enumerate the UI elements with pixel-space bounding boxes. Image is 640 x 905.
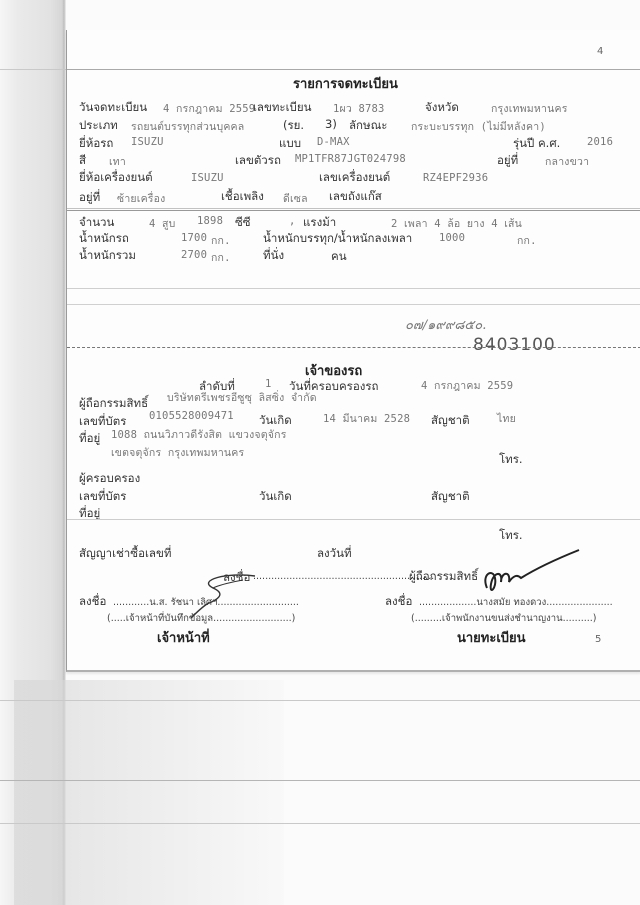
reg-date: 4 กรกฎาคม 2559 [163,100,255,117]
fuel-label: เชื้อเพลิง [221,188,264,206]
hp-separator: , [289,215,296,227]
gross-unit: กก. [211,249,231,266]
section-title-registration: รายการจดทะเบียน [293,73,398,94]
color: เทา [109,153,126,170]
owner-id: 0105528009471 [149,410,234,422]
seats-unit: คน [331,248,347,266]
page-number-bottom: 5 [595,634,601,645]
type-label: ประเภท [79,117,118,135]
handwritten-note: ๐๗/๑๙๙๘๕๐. [405,314,486,335]
registrar-position: (.........เจ้าพนักงานขนส่งชำนาญงาน......… [411,611,597,626]
scan-line [0,823,640,824]
divider [67,304,640,305]
possessor-nationality-label: สัญชาติ [431,488,470,506]
vin-location: กลางขวา [545,153,589,170]
plate-label: เลขทะเบียน [253,99,311,117]
type-code-open: (รย. [283,117,304,135]
vin-location-label: อยู่ที่ [497,152,518,170]
page-number-top: 4 [597,46,603,57]
load-weight: 1000 [439,232,465,244]
divider [67,208,640,209]
vehicle-type: รถยนต์บรรทุกส่วนบุคคล [131,118,244,135]
officer-signature [177,570,267,620]
scan-shadow [14,680,284,905]
engine-number: RZ4EPF2936 [423,172,488,184]
color-label: สี [79,152,86,170]
nationality-label: สัญชาติ [431,412,470,430]
contract-label: สัญญาเช่าซื้อเลขที่ [79,545,171,563]
holder-label: ผู้ถือกรรมสิทธิ์ [79,395,148,413]
load-label: น้ำหนักบรรทุก/น้ำหนักลงเพลา [263,230,412,248]
vehicle-weight: 1700 [181,232,207,244]
possessor-title: ผู้ครอบครอง [79,470,140,488]
style-label: ลักษณะ [349,117,387,135]
load-unit: กก. [517,232,537,249]
engine-location-label: อยู่ที่ [79,189,100,207]
engine-cc: 1898 [197,215,223,227]
weight-unit: กก. [211,232,231,249]
weight-label: น้ำหนักรถ [79,230,129,248]
divider [67,519,640,520]
holder-name: บริษัทตรีเพชรอีซูซุ ลิสซิ่ง จำกัด [167,389,317,406]
engine-no-label: เลขเครื่องยนต์ [319,169,390,187]
cylinders: 4 สูบ [149,215,176,232]
gas-tank-label: เลขถังแก๊ส [329,188,382,206]
engine-location: ซ้ายเครื่อง [117,190,165,207]
brand-label: ยี่ห้อรถ [79,135,113,153]
brand: ISUZU [131,136,164,148]
possessor-phone-label: โทร. [499,527,523,545]
seats-label: ที่นั่ง [263,247,284,265]
engine-brand: ISUZU [191,172,224,184]
stamp-number: 8403100 [473,335,556,355]
model: D-MAX [317,136,350,148]
gross-label: น้ำหนักรวม [79,247,136,265]
holder-sign-line: ........................................… [253,571,434,582]
divider [67,288,640,289]
officer-sign-label: ลงชื่อ [79,593,106,611]
scan-line [0,700,640,701]
plate: 1ผว 8783 [333,100,385,117]
possessor-id-label: เลขที่บัตร [79,488,126,506]
divider [67,69,640,70]
possessor-address-label: ที่อยู่ [79,505,100,523]
engine-brand-label: ยี่ห้อเครื่องยนต์ [79,169,153,187]
scan-line [0,780,640,781]
vin-label: เลขตัวรถ [235,152,281,170]
address-label: ที่อยู่ [79,430,100,448]
gross-weight: 2700 [181,249,207,261]
registrar-title: นายทะเบียน [457,627,526,648]
officer-title: เจ้าหน้าที่ [157,627,210,648]
registrar-sign-label: ลงชื่อ [385,593,412,611]
province: กรุงเทพมหานคร [491,100,568,117]
dotted-divider [67,347,640,348]
reg-date-label: วันจดทะเบียน [79,99,147,117]
address-line1: 1088 ถนนวิภาวดีรังสิต แขวงจตุจักร [111,426,287,443]
province-label: จังหวัด [425,99,459,117]
divider [67,210,640,211]
registration-page: 4 รายการจดทะเบียน วันจดทะเบียน 4 กรกฎาคม… [66,30,640,672]
signed-date-label: ลงวันที่ [317,545,352,563]
owner-nationality: ไทย [497,410,516,427]
possession-date: 4 กรกฎาคม 2559 [421,377,513,394]
owner-phone-label: โทร. [499,451,523,469]
model-label: แบบ [279,135,301,153]
owner-birth: 14 มีนาคม 2528 [323,410,410,427]
vehicle-style: กระบะบรรทุก (ไม่มีหลังคา) [411,118,546,135]
fuel: ดีเซล [283,190,308,207]
address-line2: เขตจตุจักร กรุงเทพมหานคร [111,444,244,461]
cc-label: ซีซี [235,214,251,232]
vin: MP1TFR87JGT024798 [295,153,406,165]
possessor-birth-label: วันเกิด [259,488,292,506]
registrar-signature [467,548,587,608]
year-label: รุ่นปี ค.ศ. [513,135,560,153]
model-year: 2016 [587,136,613,148]
type-code-close: 3) [325,117,337,131]
